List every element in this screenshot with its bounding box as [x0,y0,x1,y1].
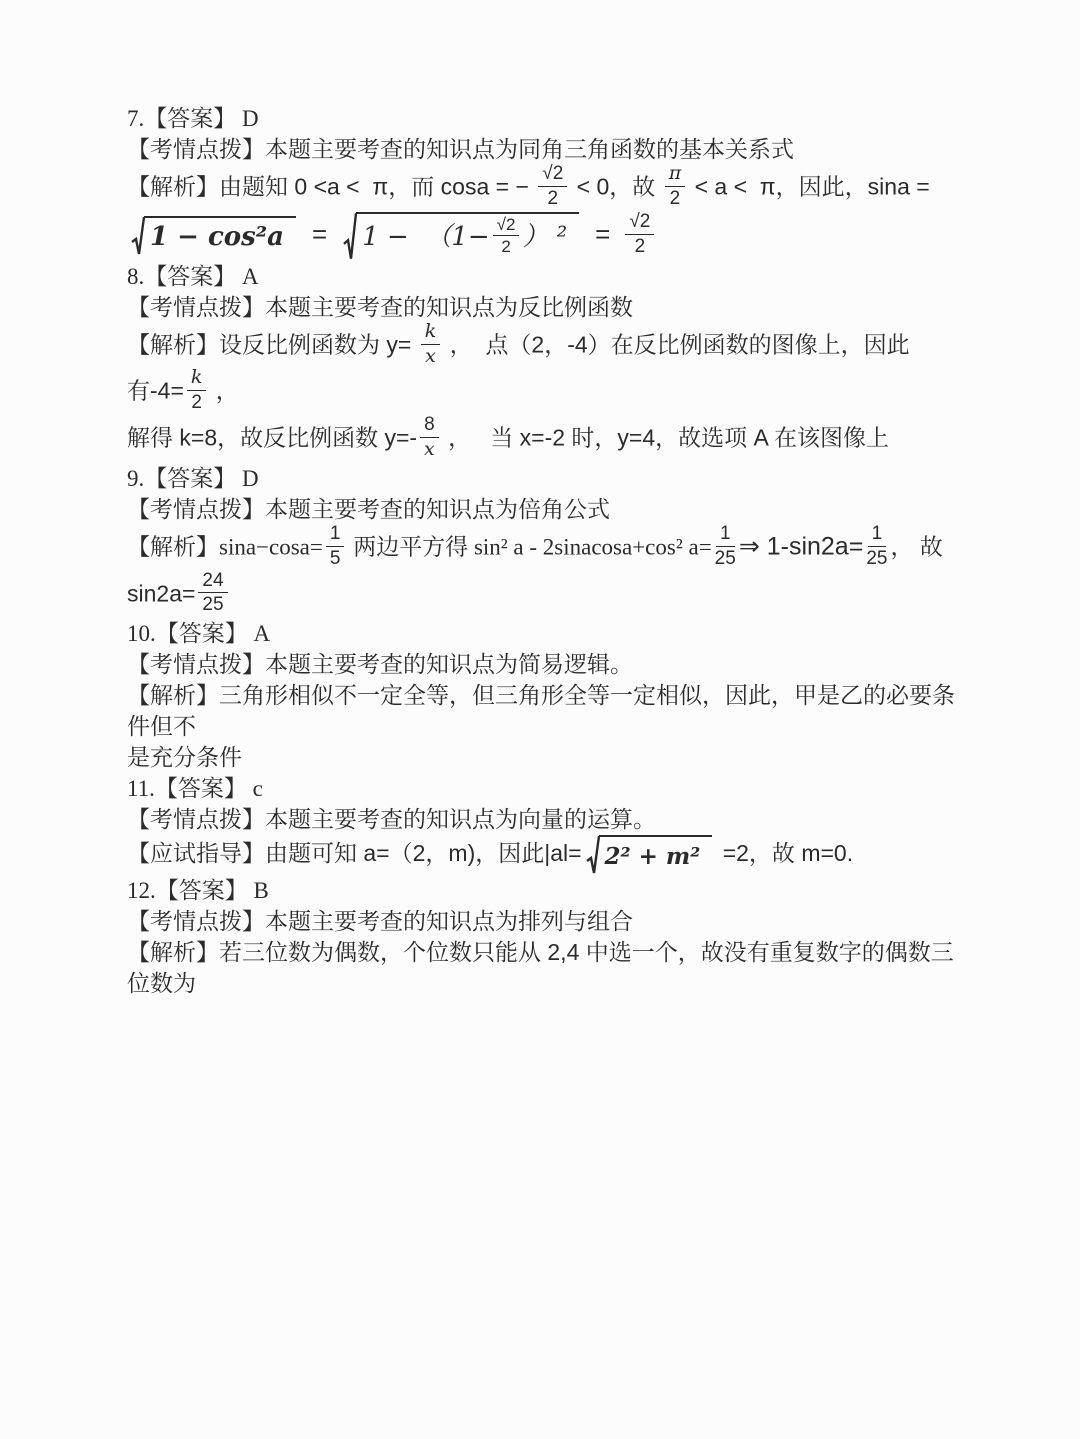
exam-point-line: 【考情点拨】本题主要考查的知识点为简易逻辑。 [127,649,960,680]
analysis-text: 1-sin2a= [760,532,864,560]
radicand: 1 − （1−√22） ² [356,212,579,261]
question-7-block: 7.【答案】 D 【考情点拨】本题主要考查的知识点为同角三角函数的基本关系式 【… [127,103,960,261]
answer-value: D [242,466,259,491]
answer-label: 【答案】 [156,878,248,903]
implies-arrow-icon: ⇒ [739,532,760,560]
fraction-numerator: √2 [493,215,520,237]
answer-label: 【答案】 [144,264,236,289]
formula-line: 1 − cos²a=1 − （1−√22） ²=√22 [127,212,960,261]
question-number: 9. [127,466,144,491]
fraction-k-over-x: kx [421,321,441,368]
analysis-text: 解得 k=8，故反比例函数 y=- [127,425,417,451]
analysis-line: sin2a=2425 [127,572,960,619]
analysis-text: 【解析】sina−cosa= [127,534,323,559]
fraction-1-over-5: 15 [326,523,345,570]
analysis-text: < a < π，因此，sina = [688,173,930,199]
fraction-k-over-2: k2 [187,367,207,414]
fraction-sqrt2-over-2: √22 [493,215,520,257]
radical-expression: 1 − cos²a [131,216,296,256]
radical-icon [343,212,357,261]
analysis-text: < 0，故 [570,173,661,199]
radical-icon [586,835,600,875]
fraction-denominator: x [424,438,435,461]
answer-line: 11.【答案】 c [127,773,960,804]
answer-label: 【答案】 [144,106,236,131]
analysis-text: 【解析】由题知 0 <a < π，而 cosa = − [127,173,535,199]
radicand-text: ） ² [522,222,567,253]
fraction-denominator: 25 [866,547,887,570]
exam-point-line: 【考情点拨】本题主要考查的知识点为反比例函数 [127,292,960,323]
fraction-1-over-25: 125 [715,523,736,570]
answer-line: 8.【答案】 A [127,261,960,292]
analysis-line: 是充分条件 [127,742,960,773]
exam-point-line: 【考情点拨】本题主要考查的知识点为排列与组合 [127,906,960,937]
question-number: 7. [127,106,144,131]
fraction-1-over-25: 125 [866,523,887,570]
answer-line: 10.【答案】 A [127,618,960,649]
equals-sign: = [595,219,610,249]
question-11-block: 11.【答案】 c 【考情点拨】本题主要考查的知识点为向量的运算。 【应试指导】… [127,773,960,875]
exam-point-line: 【考情点拨】本题主要考查的知识点为同角三角函数的基本关系式 [127,134,960,165]
radicand-text: 1 − （1− [362,222,489,253]
fraction-numerator: k [421,321,441,345]
fraction-numerator: 8 [420,414,439,438]
question-number: 12. [127,878,156,903]
fraction-sqrt2-over-2: √22 [625,211,654,258]
question-number: 8. [127,264,144,289]
fraction-numerator: 1 [868,523,887,547]
question-10-block: 10.【答案】 A 【考情点拨】本题主要考查的知识点为简易逻辑。 【解析】三角形… [127,618,960,773]
answer-label: 【答案】 [155,776,247,801]
fraction-denominator: 2 [670,187,681,210]
analysis-text: 【解析】设反比例函数为 y= [127,331,418,357]
radical-expression: 1 − （1−√22） ² [343,212,579,261]
document-page: 7.【答案】 D 【考情点拨】本题主要考查的知识点为同角三角函数的基本关系式 【… [0,0,1080,1439]
fraction-sqrt2-over-2: √22 [538,163,567,210]
question-12-block: 12.【答案】 B 【考情点拨】本题主要考查的知识点为排列与组合 【解析】若三位… [127,875,960,999]
exam-point-line: 【考情点拨】本题主要考查的知识点为向量的运算。 [127,804,960,835]
question-number: 11. [127,776,155,801]
question-9-block: 9.【答案】 D 【考情点拨】本题主要考查的知识点为倍角公式 【解析】sina−… [127,463,960,618]
analysis-text: sin2a= [127,580,195,606]
answer-line: 12.【答案】 B [127,875,960,906]
fraction-numerator: π [665,163,686,187]
question-8-block: 8.【答案】 A 【考情点拨】本题主要考查的知识点为反比例函数 【解析】设反比例… [127,261,960,463]
fraction-denominator: 25 [202,593,223,616]
analysis-line: 【解析】由题知 0 <a < π，而 cosa = − √22 < 0，故 π2… [127,165,960,212]
guidance-text: 【应试指导】由题可知 a=（2，m)，因此|al= [127,840,582,866]
fraction-denominator: 2 [501,236,510,257]
fraction-denominator: x [425,345,436,368]
answer-value: A [254,621,271,646]
fraction-numerator: √2 [625,211,654,235]
fraction-pi-over-2: π2 [665,163,686,210]
answer-line: 7.【答案】 D [127,103,960,134]
answer-label: 【答案】 [144,466,236,491]
fraction-denominator: 2 [191,391,202,414]
answer-value: c [253,776,263,801]
fraction-numerator: √2 [538,163,567,187]
radical-expression: 2² + m² [586,835,713,875]
analysis-text: ， [209,378,238,404]
answer-label: 【答案】 [156,621,248,646]
fraction-numerator: 1 [716,523,735,547]
guidance-line: 【应试指导】由题可知 a=（2，m)，因此|al=2² + m² =2，故 m=… [127,835,960,875]
fraction-denominator: 2 [547,187,558,210]
question-number: 10. [127,621,156,646]
fraction-denominator: 25 [715,547,736,570]
analysis-line: 【解析】三角形相似不一定全等，但三角形全等一定相似，因此，甲是乙的必要条件但不 [127,680,960,742]
analysis-line: 【解析】若三位数为偶数，个位数只能从 2,4 中选一个，故没有重复数字的偶数三位… [127,937,960,999]
guidance-text: =2，故 m=0. [716,840,853,866]
exam-point-line: 【考情点拨】本题主要考查的知识点为倍角公式 [127,494,960,525]
analysis-text: ， 当 x=-2 时，y=4，故选项 A 在该图像上 [442,425,889,451]
analysis-line: 解得 k=8，故反比例函数 y=-8x ， 当 x=-2 时，y=4，故选项 A… [127,416,960,463]
fraction-numerator: k [187,367,207,391]
radical-icon [131,216,145,256]
fraction-8-over-x: 8x [420,414,439,461]
fraction-numerator: 24 [198,570,227,594]
radicand: 1 − cos²a [144,216,296,256]
analysis-text: ， 故 [890,533,942,559]
answer-value: A [242,264,259,289]
analysis-line: 【解析】设反比例函数为 y= kx ， 点（2，-4）在反比例函数的图像上，因此… [127,323,960,416]
analysis-text: 两边平方得 sin² a - 2sinacosa+cos² a= [347,534,711,559]
fraction-denominator: 2 [635,235,646,258]
fraction-numerator: 1 [326,523,345,547]
fraction-denominator: 5 [330,547,341,570]
analysis-line: 【解析】sina−cosa=15 两边平方得 sin² a - 2sinacos… [127,525,960,572]
answer-value: D [242,106,259,131]
equals-sign: = [312,219,327,249]
fraction-24-over-25: 2425 [198,570,227,617]
answer-line: 9.【答案】 D [127,463,960,494]
radicand: 2² + m² [599,835,713,875]
answer-value: B [254,878,269,903]
